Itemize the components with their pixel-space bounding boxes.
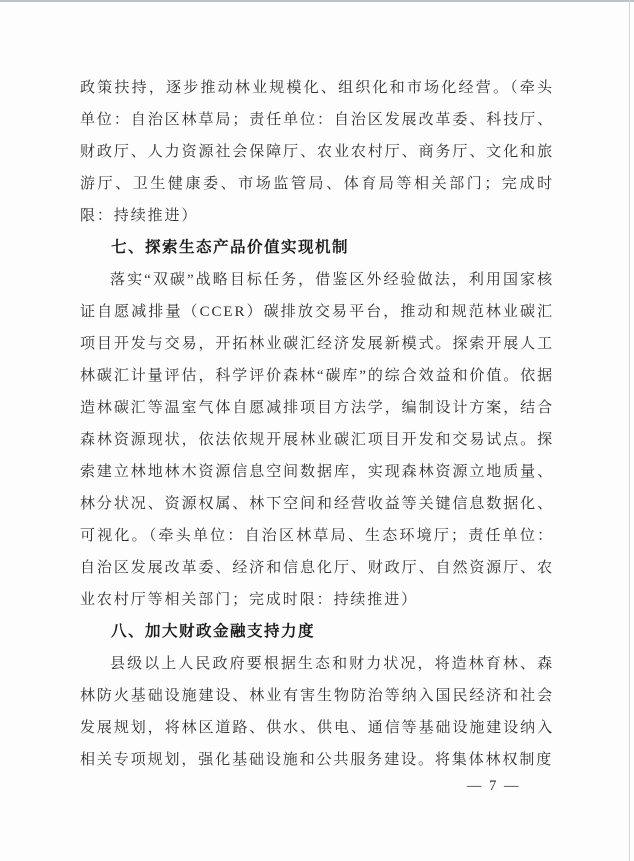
paragraph-section-8: 县级以上人民政府要根据生态和财力状况，将造林育林、森林防火基础设施建设、林业有害… [80, 648, 554, 776]
section-heading-8: 八、加大财政金融支持力度 [80, 616, 554, 648]
document-page: 政策扶持，逐步推动林业规模化、组织化和市场化经营。（牵头单位：自治区林草局；责任… [0, 0, 634, 861]
paragraph-continuation: 政策扶持，逐步推动林业规模化、组织化和市场化经营。（牵头单位：自治区林草局；责任… [80, 72, 554, 232]
page-body: 政策扶持，逐步推动林业规模化、组织化和市场化经营。（牵头单位：自治区林草局；责任… [80, 72, 554, 776]
section-heading-7: 七、探索生态产品价值实现机制 [80, 232, 554, 264]
page-number: — 7 — [467, 777, 521, 795]
paragraph-section-7: 落实“双碳”战略目标任务，借鉴区外经验做法，利用国家核证自愿减排量（CCER）碳… [80, 264, 554, 616]
scan-artifact-top-edge [0, 0, 634, 2]
scan-artifact-right-edge [629, 0, 630, 861]
